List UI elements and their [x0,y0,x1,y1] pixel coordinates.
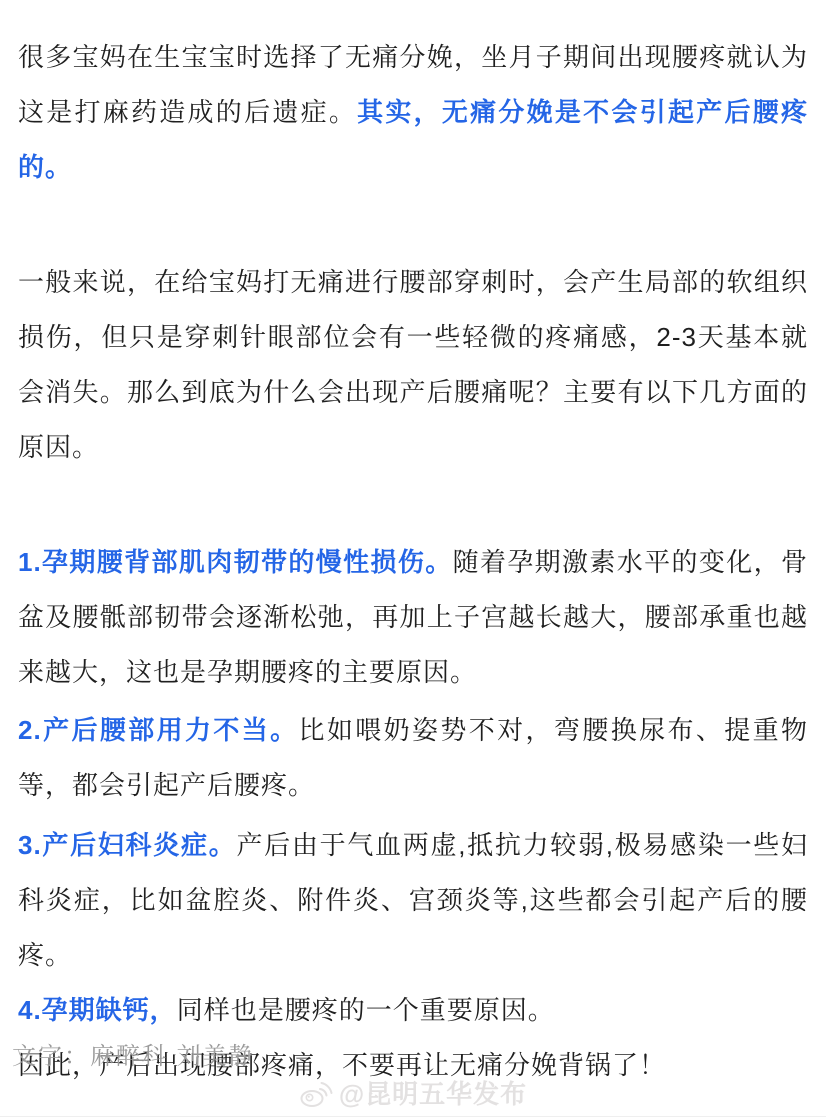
bottom-divider [0,1116,826,1117]
paragraph: 4.孕期缺钙，同样也是腰疼的一个重要原因。 [18,983,808,1038]
paragraph: 1.孕期腰背部肌肉韧带的慢性损伤。随着孕期激素水平的变化，骨盆及腰骶部韧带会逐渐… [18,535,808,700]
body-text: 一般来说，在给宝妈打无痛进行腰部穿刺时，会产生局部的软组织损伤，但只是穿刺针眼部… [18,267,808,462]
paragraph: 一般来说，在给宝妈打无痛进行腰部穿刺时，会产生局部的软组织损伤，但只是穿刺针眼部… [18,255,808,475]
watermark: @昆明五华发布 [0,1074,826,1111]
watermark-text: @昆明五华发布 [339,1074,527,1111]
weibo-icon [299,1078,333,1108]
author-credit: 文字：麻醉科 刘美静 [12,1040,255,1074]
highlight-text: 4.孕期缺钙， [18,995,177,1025]
highlight-text: 1.孕期腰背部肌肉韧带的慢性损伤。 [18,547,453,577]
article-page: 很多宝妈在生宝宝时选择了无痛分娩，坐月子期间出现腰疼就认为这是打麻药造成的后遗症… [0,0,826,1120]
article-body: 很多宝妈在生宝宝时选择了无痛分娩，坐月子期间出现腰疼就认为这是打麻药造成的后遗症… [0,0,826,1093]
paragraph: 3.产后妇科炎症。产后由于气血两虚,抵抗力较弱,极易感染一些妇科炎症，比如盆腔炎… [18,818,808,983]
paragraph: 2.产后腰部用力不当。比如喂奶姿势不对，弯腰换尿布、提重物等，都会引起产后腰疼。 [18,703,808,813]
paragraph: 很多宝妈在生宝宝时选择了无痛分娩，坐月子期间出现腰疼就认为这是打麻药造成的后遗症… [18,30,808,195]
body-text: 同样也是腰疼的一个重要原因。 [177,995,555,1025]
highlight-text: 2.产后腰部用力不当。 [18,715,299,745]
highlight-text: 3.产后妇科炎症。 [18,830,236,860]
